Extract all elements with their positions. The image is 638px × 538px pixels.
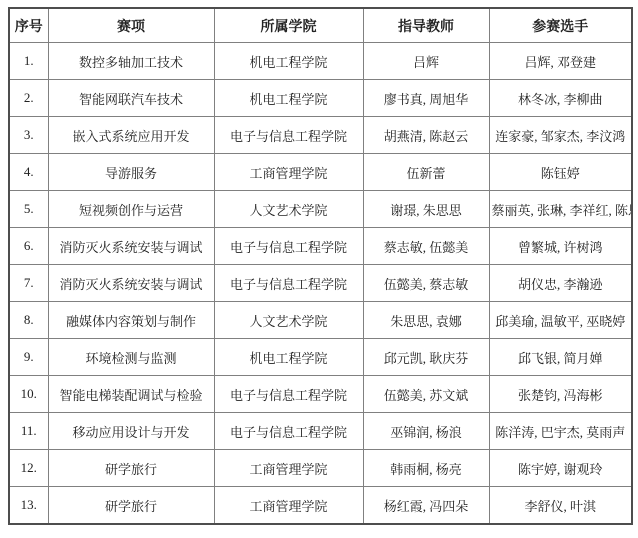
cell-serial: 8. <box>9 302 48 339</box>
cell-event: 短视频创作与运营 <box>48 191 214 228</box>
cell-serial: 6. <box>9 228 48 265</box>
cell-serial: 13. <box>9 487 48 525</box>
cell-contestants: 陈洋涛, 巴宇杰, 莫雨声 <box>489 413 632 450</box>
cell-contestants: 林冬冰, 李柳曲 <box>489 80 632 117</box>
cell-event: 融媒体内容策划与制作 <box>48 302 214 339</box>
cell-serial: 2. <box>9 80 48 117</box>
cell-college: 电子与信息工程学院 <box>214 117 363 154</box>
cell-instructors: 杨红霞, 冯四朵 <box>363 487 489 525</box>
cell-serial: 9. <box>9 339 48 376</box>
cell-instructors: 胡燕清, 陈赵云 <box>363 117 489 154</box>
cell-college: 电子与信息工程学院 <box>214 228 363 265</box>
table-row: 3.嵌入式系统应用开发电子与信息工程学院胡燕清, 陈赵云连家豪, 邹家杰, 李汶… <box>9 117 632 154</box>
competition-results-table: 序号赛项所属学院指导教师参赛选手 1.数控多轴加工技术机电工程学院吕辉吕辉, 邓… <box>8 7 633 525</box>
column-header-instructors: 指导教师 <box>363 8 489 43</box>
table-row: 11.移动应用设计与开发电子与信息工程学院巫锦润, 杨浪陈洋涛, 巴宇杰, 莫雨… <box>9 413 632 450</box>
cell-college: 机电工程学院 <box>214 43 363 80</box>
cell-college: 工商管理学院 <box>214 450 363 487</box>
cell-event: 研学旅行 <box>48 487 214 525</box>
column-header-college: 所属学院 <box>214 8 363 43</box>
cell-event: 导游服务 <box>48 154 214 191</box>
cell-contestants: 李舒仪, 叶淇 <box>489 487 632 525</box>
table-header: 序号赛项所属学院指导教师参赛选手 <box>9 8 632 43</box>
cell-serial: 5. <box>9 191 48 228</box>
cell-serial: 7. <box>9 265 48 302</box>
table-body: 1.数控多轴加工技术机电工程学院吕辉吕辉, 邓登建2.智能网联汽车技术机电工程学… <box>9 43 632 525</box>
cell-event: 数控多轴加工技术 <box>48 43 214 80</box>
cell-contestants: 曾繁城, 许树鸿 <box>489 228 632 265</box>
cell-instructors: 韩雨桐, 杨亮 <box>363 450 489 487</box>
table-row: 12.研学旅行工商管理学院韩雨桐, 杨亮陈宇婷, 谢观玲 <box>9 450 632 487</box>
column-header-serial: 序号 <box>9 8 48 43</box>
cell-college: 电子与信息工程学院 <box>214 265 363 302</box>
cell-instructors: 伍懿美, 苏文斌 <box>363 376 489 413</box>
cell-instructors: 廖书真, 周旭华 <box>363 80 489 117</box>
cell-college: 工商管理学院 <box>214 487 363 525</box>
cell-contestants: 陈钰婷 <box>489 154 632 191</box>
cell-serial: 1. <box>9 43 48 80</box>
cell-college: 工商管理学院 <box>214 154 363 191</box>
cell-serial: 12. <box>9 450 48 487</box>
cell-instructors: 伍新蕾 <box>363 154 489 191</box>
cell-event: 消防灭火系统安装与调试 <box>48 228 214 265</box>
cell-instructors: 巫锦润, 杨浪 <box>363 413 489 450</box>
cell-serial: 11. <box>9 413 48 450</box>
cell-event: 研学旅行 <box>48 450 214 487</box>
cell-instructors: 朱思思, 袁娜 <box>363 302 489 339</box>
table-row: 2.智能网联汽车技术机电工程学院廖书真, 周旭华林冬冰, 李柳曲 <box>9 80 632 117</box>
cell-instructors: 蔡志敏, 伍懿美 <box>363 228 489 265</box>
cell-instructors: 伍懿美, 蔡志敏 <box>363 265 489 302</box>
document-page: 序号赛项所属学院指导教师参赛选手 1.数控多轴加工技术机电工程学院吕辉吕辉, 邓… <box>0 0 638 538</box>
cell-college: 人文艺术学院 <box>214 191 363 228</box>
table-row: 9.环境检测与监测机电工程学院邱元凯, 耿庆芬邱飞银, 简月婵 <box>9 339 632 376</box>
cell-instructors: 谢璟, 朱思思 <box>363 191 489 228</box>
cell-college: 人文艺术学院 <box>214 302 363 339</box>
cell-contestants: 蔡丽英, 张琳, 李祥红, 陈思瑜 <box>489 191 632 228</box>
table-row: 7.消防灭火系统安装与调试电子与信息工程学院伍懿美, 蔡志敏胡仪忠, 李瀚逊 <box>9 265 632 302</box>
table-header-row: 序号赛项所属学院指导教师参赛选手 <box>9 8 632 43</box>
column-header-contestants: 参赛选手 <box>489 8 632 43</box>
table-row: 13.研学旅行工商管理学院杨红霞, 冯四朵李舒仪, 叶淇 <box>9 487 632 525</box>
cell-contestants: 胡仪忠, 李瀚逊 <box>489 265 632 302</box>
cell-event: 消防灭火系统安装与调试 <box>48 265 214 302</box>
cell-event: 环境检测与监测 <box>48 339 214 376</box>
table-row: 4.导游服务工商管理学院伍新蕾陈钰婷 <box>9 154 632 191</box>
cell-serial: 4. <box>9 154 48 191</box>
cell-serial: 3. <box>9 117 48 154</box>
table-row: 1.数控多轴加工技术机电工程学院吕辉吕辉, 邓登建 <box>9 43 632 80</box>
table-row: 8.融媒体内容策划与制作人文艺术学院朱思思, 袁娜邱美瑜, 温敏平, 巫晓婷 <box>9 302 632 339</box>
cell-contestants: 邱飞银, 简月婵 <box>489 339 632 376</box>
cell-contestants: 陈宇婷, 谢观玲 <box>489 450 632 487</box>
cell-college: 机电工程学院 <box>214 80 363 117</box>
cell-event: 移动应用设计与开发 <box>48 413 214 450</box>
cell-contestants: 吕辉, 邓登建 <box>489 43 632 80</box>
cell-college: 电子与信息工程学院 <box>214 376 363 413</box>
cell-contestants: 连家豪, 邹家杰, 李汶鸿 <box>489 117 632 154</box>
cell-event: 智能网联汽车技术 <box>48 80 214 117</box>
cell-contestants: 张楚钧, 冯海彬 <box>489 376 632 413</box>
table-row: 10.智能电梯装配调试与检验电子与信息工程学院伍懿美, 苏文斌张楚钧, 冯海彬 <box>9 376 632 413</box>
table-row: 5.短视频创作与运营人文艺术学院谢璟, 朱思思蔡丽英, 张琳, 李祥红, 陈思瑜 <box>9 191 632 228</box>
cell-serial: 10. <box>9 376 48 413</box>
column-header-event: 赛项 <box>48 8 214 43</box>
cell-event: 智能电梯装配调试与检验 <box>48 376 214 413</box>
cell-event: 嵌入式系统应用开发 <box>48 117 214 154</box>
cell-contestants: 邱美瑜, 温敏平, 巫晓婷 <box>489 302 632 339</box>
cell-college: 电子与信息工程学院 <box>214 413 363 450</box>
cell-instructors: 邱元凯, 耿庆芬 <box>363 339 489 376</box>
cell-college: 机电工程学院 <box>214 339 363 376</box>
cell-instructors: 吕辉 <box>363 43 489 80</box>
table-row: 6.消防灭火系统安装与调试电子与信息工程学院蔡志敏, 伍懿美曾繁城, 许树鸿 <box>9 228 632 265</box>
